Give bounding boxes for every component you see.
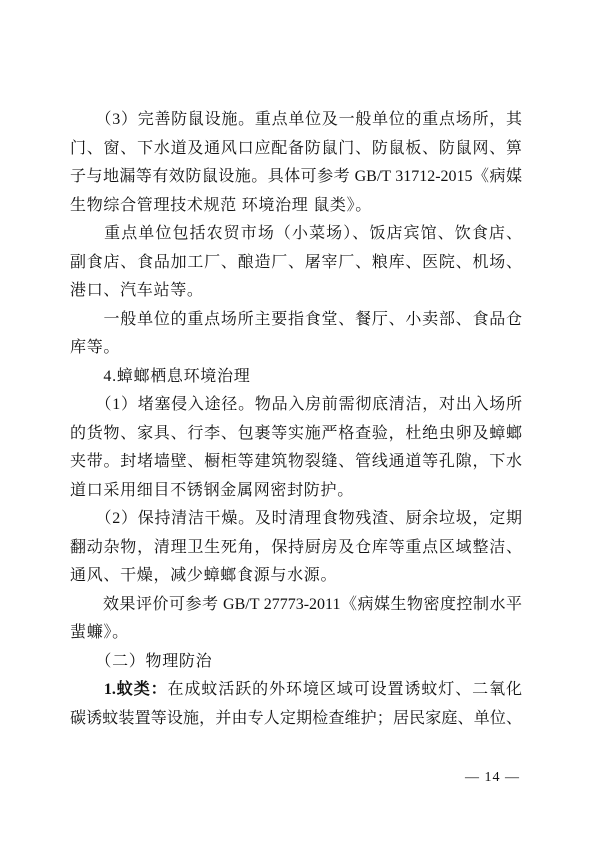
page-number: — 14 — — [465, 768, 520, 788]
text-run: 在成蚊活跃的外环境区域可设置诱蚊灯、二氧化 — [168, 681, 522, 698]
text-line: 4.蟑螂栖息环境治理 — [70, 363, 522, 392]
text-line: 效果评价可参考 GB/T 27773-2011《病媒生物密度控制水平 — [70, 591, 522, 620]
text-line: 蜚蠊》。 — [70, 619, 522, 648]
document-body: （3）完善防鼠设施。重点单位及一般单位的重点场所，其门、窗、下水道及通风口应配备… — [70, 106, 522, 733]
text-line: 重点单位包括农贸市场（小菜场）、饭店宾馆、饮食店、 — [70, 220, 522, 249]
text-line: 碳诱蚊装置等设施，并由专人定期检查维护；居民家庭、单位、 — [70, 705, 522, 734]
text-line: 生物综合管理技术规范 环境治理 鼠类》。 — [70, 192, 522, 221]
text-line: 港口、汽车站等。 — [70, 277, 522, 306]
text-line: 门、窗、下水道及通风口应配备防鼠门、防鼠板、防鼠网、箅 — [70, 135, 522, 164]
text-line: 1.蚊类：在成蚊活跃的外环境区域可设置诱蚊灯、二氧化 — [70, 676, 522, 705]
text-line: （1）堵塞侵入途径。物品入房前需彻底清洁，对出入场所 — [70, 391, 522, 420]
text-line: 子与地漏等有效防鼠设施。具体可参考 GB/T 31712-2015《病媒 — [70, 163, 522, 192]
text-line: 夹带。封堵墙壁、橱柜等建筑物裂缝、管线通道等孔隙，下水 — [70, 448, 522, 477]
document-page: （3）完善防鼠设施。重点单位及一般单位的重点场所，其门、窗、下水道及通风口应配备… — [0, 0, 595, 841]
text-line: 的货物、家具、行李、包裹等实施严格查验，杜绝虫卵及蟑螂 — [70, 420, 522, 449]
text-line: （二）物理防治 — [70, 648, 522, 677]
text-line: 库等。 — [70, 334, 522, 363]
text-line: 一般单位的重点场所主要指食堂、餐厅、小卖部、食品仓 — [70, 306, 522, 335]
text-line: 翻动杂物，清理卫生死角，保持厨房及仓库等重点区域整洁、 — [70, 534, 522, 563]
text-line: 副食店、食品加工厂、酿造厂、屠宰厂、粮库、医院、机场、 — [70, 249, 522, 278]
bold-text-run: 1.蚊类： — [70, 681, 168, 698]
text-line: 道口采用细目不锈钢金属网密封防护。 — [70, 477, 522, 506]
text-line: （3）完善防鼠设施。重点单位及一般单位的重点场所，其 — [70, 106, 522, 135]
text-line: （2）保持清洁干燥。及时清理食物残渣、厨余垃圾，定期 — [70, 505, 522, 534]
text-line: 通风、干燥，减少蟑螂食源与水源。 — [70, 562, 522, 591]
